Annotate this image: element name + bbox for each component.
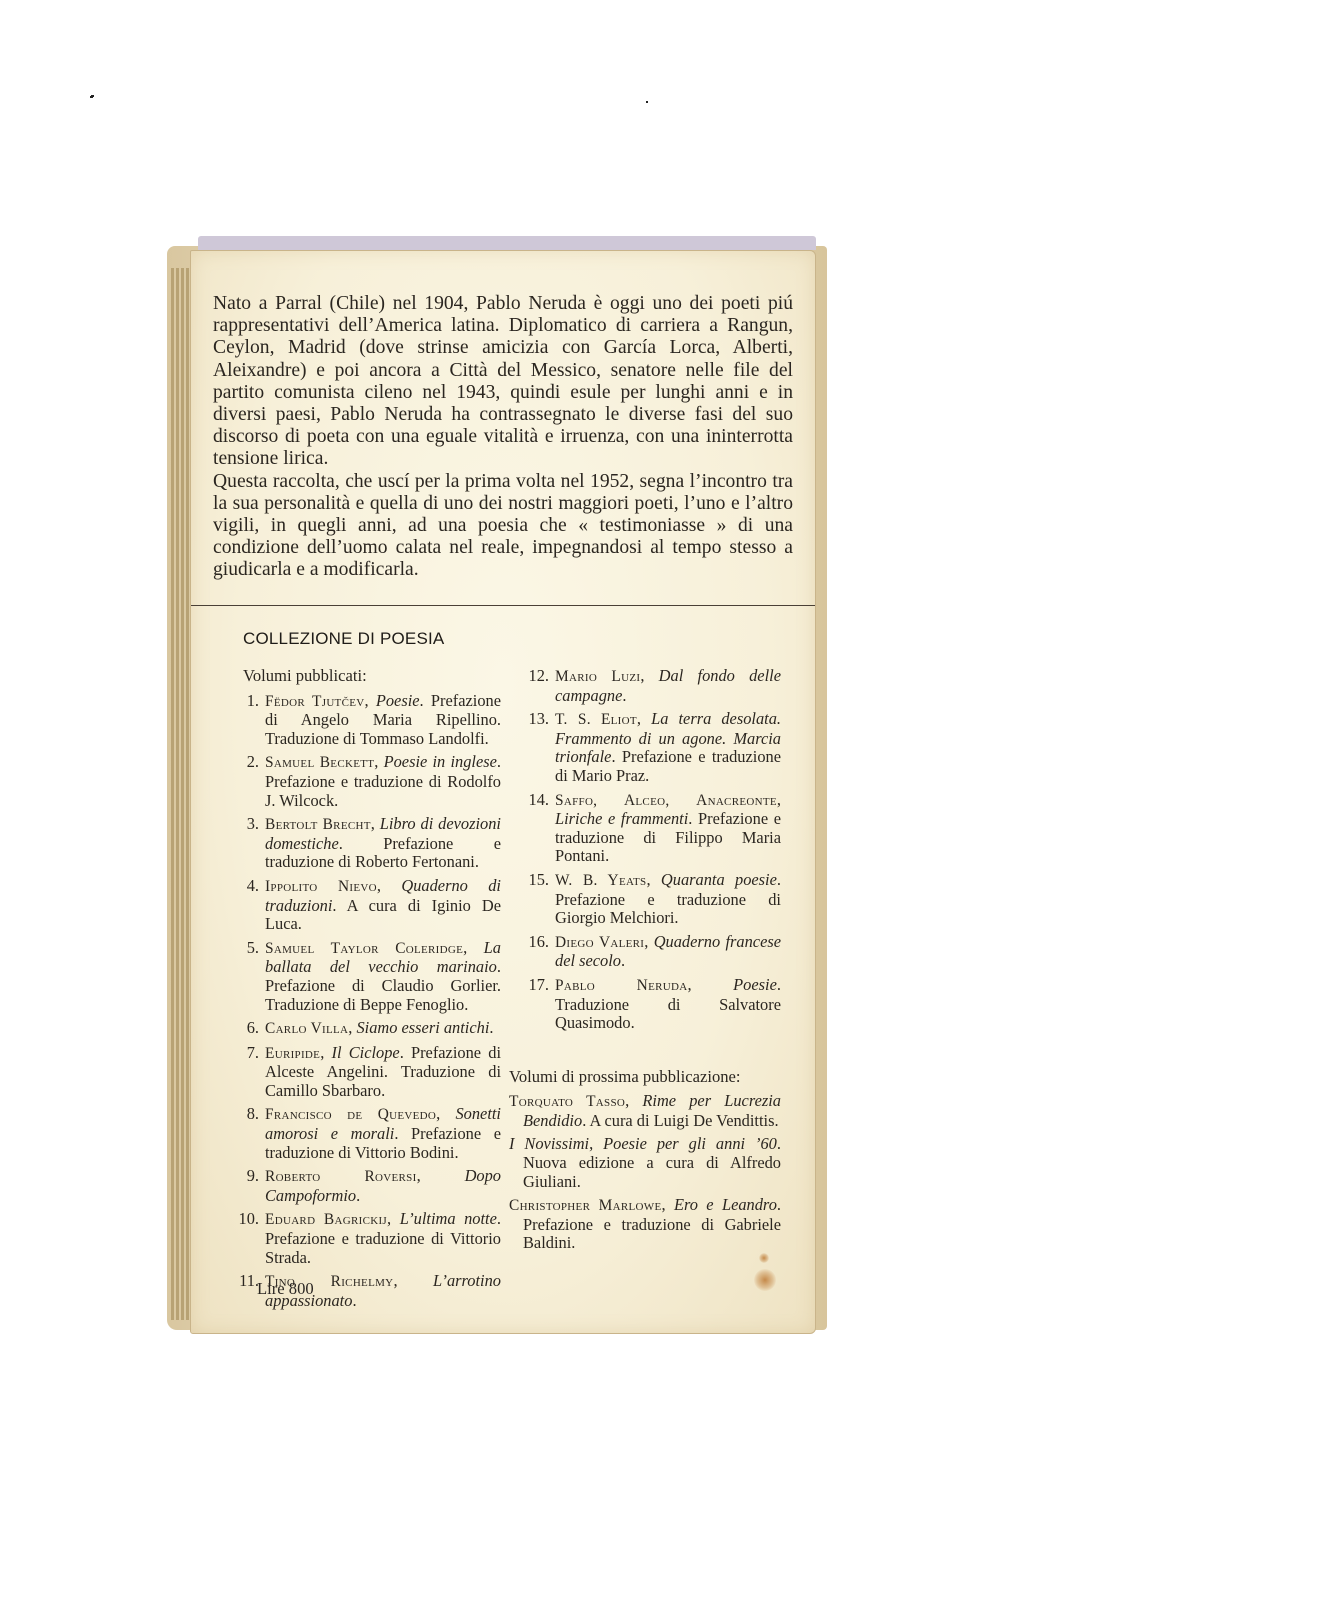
catalog-entry: 16.Diego Valeri, Quaderno francese del s…	[509, 933, 781, 971]
entry-number: 16.	[509, 933, 549, 952]
entry-number: 14.	[509, 791, 549, 810]
entry-author: Samuel Beckett	[265, 754, 374, 771]
entry-title: Liriche e frammenti	[555, 809, 688, 828]
entry-details: . A cura di Luigi De Vendittis.	[582, 1111, 778, 1130]
entry-author: Mario Luzi	[555, 668, 640, 685]
entry-details: ,	[589, 1134, 603, 1153]
catalog-entry: 4.Ippolito Nievo, Quaderno di traduzioni…	[219, 877, 501, 934]
entry-details: .	[621, 951, 625, 970]
entry-author: Torquato Tasso	[509, 1093, 625, 1110]
foxing-stain	[754, 1269, 776, 1291]
entry-number: 1.	[219, 692, 259, 711]
blurb-paragraph-2: Questa raccolta, che uscí per la prima v…	[213, 471, 793, 582]
entry-title: Poesie	[376, 691, 420, 710]
catalog-entry: 7.Euripide, Il Ciclope. Prefazione di Al…	[219, 1044, 501, 1101]
entry-number: 5.	[219, 939, 259, 958]
catalog-entry: 15.W. B. Yeats, Quaranta poesie. Prefazi…	[509, 871, 781, 928]
entry-author: Ippolito Nievo	[265, 878, 377, 895]
entry-author: Saffo, Alceo, Anacreonte	[555, 792, 777, 809]
blurb-paragraph-1: Nato a Parral (Chile) nel 1904, Pablo Ne…	[213, 293, 793, 471]
catalog-entry: 2.Samuel Beckett, Poesie in inglese. Pre…	[219, 753, 501, 810]
entry-title: Siamo esseri antichi	[356, 1018, 489, 1037]
entry-author: Carlo Villa	[265, 1020, 348, 1037]
entry-title: Quaranta poesie	[661, 870, 777, 889]
entry-details: .	[352, 1291, 356, 1310]
entry-author: Bertolt Brecht	[265, 816, 371, 833]
entry-number: 6.	[219, 1019, 259, 1038]
entry-number: 2.	[219, 753, 259, 772]
entry-title: Ero e Leandro	[674, 1195, 777, 1214]
published-list-left: Volumi pubblicati: 1.Fëdor Tjutčev, Poes…	[219, 667, 501, 1315]
upcoming-heading: Volumi di prossima pubblicazione:	[509, 1068, 781, 1087]
entry-title: I Novissimi	[509, 1134, 589, 1153]
entry-author: Christopher Marlowe	[509, 1197, 661, 1214]
catalog-entry: 10.Eduard Bagrickij, L’ultima notte. Pre…	[219, 1210, 501, 1267]
entry-number: 12.	[509, 667, 549, 686]
catalog-entry: 3.Bertolt Brecht, Libro di devozioni dom…	[219, 815, 501, 872]
collection-title: COLLEZIONE DI POESIA	[243, 629, 444, 649]
book-top-edge	[198, 236, 816, 250]
catalog-entry: 8.Francisco de Quevedo, Sonetti amorosi …	[219, 1105, 501, 1162]
entry-author: W. B. Yeats	[555, 872, 646, 889]
entry-number: 9.	[219, 1167, 259, 1186]
catalog-entry: 13.T. S. Eliot, La terra desolata. Framm…	[509, 710, 781, 785]
entry-author: T. S. Eliot	[555, 711, 637, 728]
section-divider	[191, 605, 815, 606]
entry-title: Poesie per gli anni ’60	[603, 1134, 777, 1153]
entry-number: 15.	[509, 871, 549, 890]
entry-number: 8.	[219, 1105, 259, 1124]
entry-number: 7.	[219, 1044, 259, 1063]
entry-author: Fëdor Tjutčev	[265, 693, 364, 710]
entry-number: 17.	[509, 976, 549, 995]
catalog-entry: 17.Pablo Neruda, Poesie. Traduzione di S…	[509, 976, 781, 1033]
upcoming-entry: Torquato Tasso, Rime per Lucrezia Bendid…	[509, 1092, 781, 1130]
entry-author: Roberto Roversi	[265, 1168, 417, 1185]
author-blurb: Nato a Parral (Chile) nel 1904, Pablo Ne…	[213, 293, 793, 582]
entry-title: L’ultima notte	[400, 1209, 497, 1228]
entry-author: Samuel Taylor Coleridge	[265, 940, 463, 957]
catalog-entry: 1.Fëdor Tjutčev, Poesie. Prefazione di A…	[219, 692, 501, 749]
catalog-entry: 6.Carlo Villa, Siamo esseri antichi.	[219, 1019, 501, 1039]
speck	[90, 96, 93, 98]
entry-number: 3.	[219, 815, 259, 834]
entry-details: .	[489, 1018, 493, 1037]
entry-details: .	[622, 686, 626, 705]
entry-title: Il Ciclope	[332, 1043, 400, 1062]
price: Lire 800	[257, 1279, 314, 1299]
catalog-entry: 5.Samuel Taylor Coleridge, La ballata de…	[219, 939, 501, 1014]
entry-author: Francisco de Quevedo	[265, 1106, 436, 1123]
catalog-entry: 9.Roberto Roversi, Dopo Campoformio.	[219, 1167, 501, 1205]
catalog-entry: 14.Saffo, Alceo, Anacreonte, Liriche e f…	[509, 791, 781, 866]
entry-title: Poesie	[733, 975, 777, 994]
entry-number: 11.	[219, 1272, 259, 1291]
entry-details: .	[356, 1186, 360, 1205]
entry-number: 10.	[219, 1210, 259, 1229]
entry-author: Diego Valeri	[555, 934, 644, 951]
entry-title: Poesie in inglese	[384, 752, 497, 771]
upcoming-entry: I Novissimi, Poesie per gli anni ’60. Nu…	[509, 1135, 781, 1191]
entry-author: Eduard Bagrickij	[265, 1211, 387, 1228]
entry-number: 13.	[509, 710, 549, 729]
published-heading: Volumi pubblicati:	[243, 667, 501, 686]
upcoming-entry: Christopher Marlowe, Ero e Leandro. Pref…	[509, 1196, 781, 1253]
back-cover: Nato a Parral (Chile) nel 1904, Pablo Ne…	[190, 250, 816, 1334]
published-list-right: 12.Mario Luzi, Dal fondo delle campagne.…	[509, 667, 781, 1258]
foxing-stain	[759, 1253, 769, 1263]
entry-number: 4.	[219, 877, 259, 896]
catalog-entry: 12.Mario Luzi, Dal fondo delle campagne.	[509, 667, 781, 705]
speck	[646, 101, 648, 103]
entry-author: Euripide	[265, 1045, 320, 1062]
entry-author: Pablo Neruda	[555, 977, 687, 994]
